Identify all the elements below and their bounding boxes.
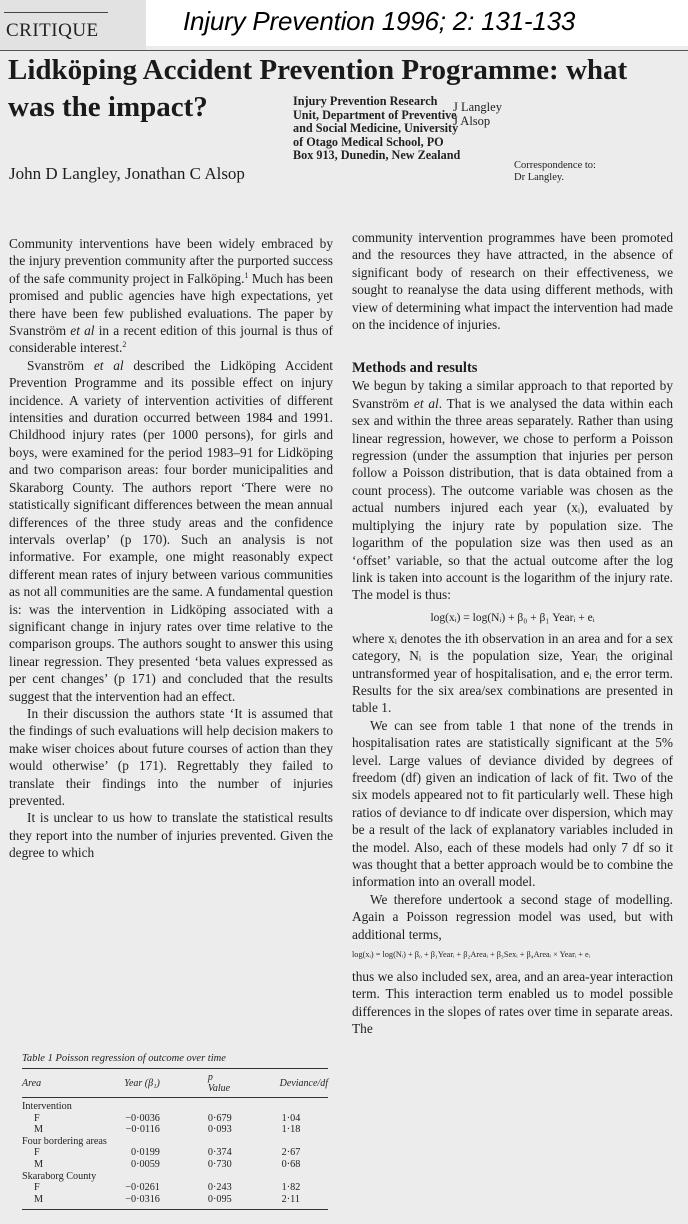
short-author: J Alsop <box>453 115 502 129</box>
area-label: Intervention <box>22 1098 328 1113</box>
reference-marker: 2 <box>122 340 126 349</box>
paragraph: We begun by taking a similar approach to… <box>352 377 673 603</box>
short-author: J Langley <box>453 101 502 115</box>
equation-model-1: log(xᵢ) = log(Nᵢ) + β₀ + β₁ Yearᵢ + eᵢ <box>352 610 673 626</box>
paragraph: We therefore undertook a second stage of… <box>352 891 673 943</box>
table-caption: Table 1 Poisson regression of outcome ov… <box>22 1053 328 1064</box>
table-1: Table 1 Poisson regression of outcome ov… <box>22 1053 328 1210</box>
column-header-area: Area <box>22 1069 107 1098</box>
left-text-column: Community interventions have been widely… <box>9 235 333 862</box>
table-group-row: Skaraborg County <box>22 1171 328 1183</box>
correspondence-note: Correspondence to: Dr Langley. <box>514 160 596 183</box>
table-group-row: Intervention <box>22 1098 328 1113</box>
table-group-row: Four bordering areas <box>22 1136 328 1148</box>
equation-model-2: log(xᵢ) = log(Nᵢ) + β₀ + β₁Yearᵢ + β₂Are… <box>352 948 673 962</box>
table-row: M −0·0316 0·095 2·11 <box>22 1194 328 1210</box>
author-affiliation: Injury Prevention Research Unit, Departm… <box>293 95 463 163</box>
author-list: John D Langley, Jonathan C Alsop <box>9 164 245 184</box>
section-heading: Methods and results <box>352 359 673 377</box>
short-author-list: J Langley J Alsop <box>453 101 502 128</box>
area-label: Skaraborg County <box>22 1171 328 1183</box>
paragraph: In their discussion the authors state ‘I… <box>9 705 333 809</box>
paragraph: community intervention programmes have b… <box>352 229 673 333</box>
column-header-p-value: p Value <box>168 1069 232 1098</box>
paragraph: We can see from table 1 that none of the… <box>352 717 673 891</box>
header-divider <box>0 50 688 51</box>
table-row: F −0·0036 0·679 1·04 <box>22 1113 328 1125</box>
column-header-deviance: Deviance/df <box>232 1069 328 1098</box>
paragraph: where xᵢ denotes the ith observation in … <box>352 630 673 717</box>
paragraph: thus we also included sex, area, and an … <box>352 968 673 1038</box>
table-row: F −0·0261 0·243 1·82 <box>22 1182 328 1194</box>
poisson-regression-table: Area Year (β₁) p Value Deviance/df Inter… <box>22 1069 328 1209</box>
table-rule-bottom <box>22 1209 328 1210</box>
table-row: F 0·0199 0·374 2·67 <box>22 1147 328 1159</box>
right-text-column: community intervention programmes have b… <box>352 229 673 1038</box>
paragraph: Community interventions have been widely… <box>9 235 333 357</box>
table-row: M 0·0059 0·730 0·68 <box>22 1159 328 1171</box>
column-header-year: Year (β₁) <box>107 1069 167 1098</box>
paragraph: It is unclear to us how to translate the… <box>9 809 333 861</box>
section-label: CRITIQUE <box>6 20 99 42</box>
journal-citation: Injury Prevention 1996; 2: 131-133 <box>183 6 575 37</box>
correspondence-name: Dr Langley. <box>514 172 596 184</box>
paragraph: Svanström et al described the Lidköping … <box>9 357 333 705</box>
table-header-row: Area Year (β₁) p Value Deviance/df <box>22 1069 328 1098</box>
section-rule-top <box>4 12 108 13</box>
title-line-1: Lidköping Accident Prevention Programme:… <box>8 54 627 86</box>
table-row: M −0·0116 0·093 1·18 <box>22 1124 328 1136</box>
correspondence-label: Correspondence to: <box>514 160 596 172</box>
area-label: Four bordering areas <box>22 1136 328 1148</box>
